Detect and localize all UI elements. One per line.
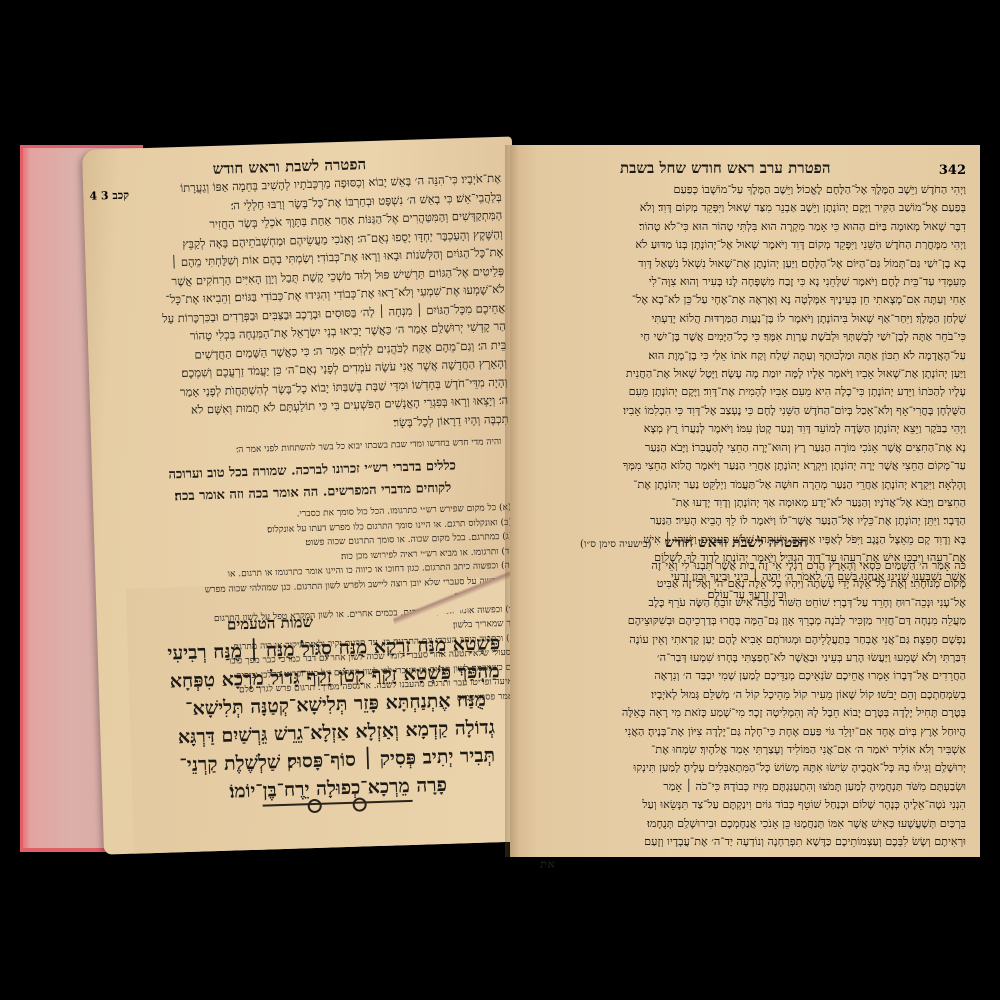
text-line: אַשְׁבִּיר וְלֹא אוֹלִיד יֹאמַר ה׳ אִם־א… xyxy=(528,741,966,759)
text-line: דִּבַּרְתִּי וְלֹא שָׁמֵעוּ וַיַּעֲשׂוּ … xyxy=(528,649,966,667)
book-gutter xyxy=(505,145,519,857)
text-line: מָקוֹם מְנוּחָתִי׃ וְאֶת־כָּל־אֵלֶּה יָד… xyxy=(528,575,966,593)
text-line: וּשְׂבַעְתֶּם מִשֹּׁד תַּנְחֻמֶיהָ לְמַע… xyxy=(528,778,966,796)
text-line: נַפְשָׁם חָפֵצָה׃ גַּם־אֲנִי אֶבְחַר בְּ… xyxy=(528,631,966,649)
text-line: בְּטֶרֶם תָּחִיל יָלָדָה בְּטֶרֶם יָבוֹא… xyxy=(528,704,966,722)
right-running-head: הפטרת ערב ראש חודש שחל בשבת xyxy=(620,159,830,178)
text-line: הַחִצִּים וַיָּבֹא אֶל־אֲדֹנָיו׃ וְהַנַּ… xyxy=(528,494,966,512)
taamim-list: פַּשְׁטָא מֻנַּח זַרְקָא מֻנַּח סֶגּוֹל … xyxy=(147,629,524,809)
section-title: הפטרה לשבת וראש חודש (בישעיה סימן ס״ו) xyxy=(580,535,808,552)
text-line: וָהָלְאָה׃ וַיִּקְרָא יְהוֹנָתָן אַחֲרֵי… xyxy=(528,476,966,494)
text-line: הַדָּבָר׃ וַיִּתֵּן יְהוֹנָתָן אֶת־כֵּלָ… xyxy=(528,512,966,530)
text-line: הַשֻּׁלְחָן בָּחֳרִי־אָף וְלֹא־אָכַל בְּ… xyxy=(528,402,966,420)
text-line: מַעֲלֵה מִנְחָה דַּם־חֲזִיר מַזְכִּיר לְ… xyxy=(528,612,966,630)
text-line: כֹּה אָמַר ה׳ הַשָּׁמַיִם כִּסְאִי וְהָא… xyxy=(528,557,966,575)
text-line: וּרְאִיתֶם וְשָׂשׂ לִבְּכֶם וְעַצְמוֹתֵי… xyxy=(528,833,966,851)
section-title-text: הפטרה לשבת וראש חודש xyxy=(664,535,807,551)
text-line: וַיְהִי הַחֹדֶשׁ וַיֵּשֶׁב הַמֶּלֶךְ אֶל… xyxy=(528,181,966,199)
taamim-title: שמות הטעמים xyxy=(227,613,314,635)
text-line: יְרוּשָׁלִַם וְגִילוּ בָהּ כָּל־אֹהֲבֶיה… xyxy=(528,759,966,777)
text-line: עַל־הָאֲדָמָה לֹא תִכּוֹן אַתָּה וּמַלְכ… xyxy=(528,347,966,365)
text-line: דִבֶּר שָׁאוּל מְאוּמָה בַּיּוֹם הַהוּא … xyxy=(528,218,966,236)
page-number: 342 xyxy=(939,163,966,178)
section-reference: (בישעיה סימן ס״ו) xyxy=(580,539,652,550)
text-line: עָלָיו לְהַכֹּתוֹ וַיֵּדַע יְהוֹנָתָן כִ… xyxy=(528,383,966,401)
catchword: את xyxy=(540,857,555,872)
left-page: הפטרה לשבת וראש חודש קכב 3 4 אֶת־אֹיְבָי… xyxy=(82,136,534,854)
text-line: וַיְהִי מִמָּחֳרַת הַחֹדֶשׁ הַשֵּׁנִי וַ… xyxy=(528,236,966,254)
text-line: וַיְהִי בַבֹּקֶר וַיֵּצֵא יְהוֹנָתָן הַש… xyxy=(528,420,966,438)
text-line: אָחִי וְעַתָּה אִם־מָצָאתִי חֵן בְּעֵינֶ… xyxy=(528,291,966,309)
text-line: בְשִׂמְחַתְכֶם וְהֵם יֵבֹשׁוּ׃ קוֹל שָׁא… xyxy=(528,686,966,704)
text-line: בְּפַעַם אֶל־מוֹשַׁב הַקִּיר וַיָּקָם יְ… xyxy=(528,199,966,217)
text-line: וַיַּעַן יְהוֹנָתָן אֶת־שָׁאוּל אָבִיו ו… xyxy=(528,365,966,383)
text-line: הַחֲרֵדִים אֶל־דְּבָרוֹ אָמְרוּ אֲחֵיכֶם… xyxy=(528,667,966,685)
left-body-text: אֶת־אֹיְבָיו׃ כִּי־הִנֵּה ה׳ בָּאֵשׁ יָב… xyxy=(95,169,509,441)
right-page: 342 הפטרת ערב ראש חודש שחל בשבת וַיְהִי … xyxy=(510,145,980,857)
text-line: הִנְנִי נֹטֶה־אֵלֶיהָ כְּנָהָר שָׁלוֹם ו… xyxy=(528,796,966,814)
text-line: שֻׁלְחַן הַמֶּלֶךְ׃ וַיִּחַר־אַף שָׁאוּל… xyxy=(528,310,966,328)
text-line: אֶל־עָנִי וּנְכֵה־רוּחַ וְחָרֵד עַל־דְּב… xyxy=(528,594,966,612)
haftarah-text: כֹּה אָמַר ה׳ הַשָּׁמַיִם כִּסְאִי וְהָא… xyxy=(528,557,966,852)
text-line: כִּי־בֹחֵר אַתָּה לְבֶן־יִשַׁי לְבָשְׁתְ… xyxy=(528,328,966,346)
text-line: הֲיוּחַל אֶרֶץ בְּיוֹם אֶחָד אִם־יִוָּלֵ… xyxy=(528,723,966,741)
text-line: מֵעִמָּדִי עַד־בֵּית לָחֶם׃ וַיֹּאמֶר שַ… xyxy=(528,273,966,291)
text-line: בִּרְכַּיִם תְּשָׁעֳשָׁעוּ׃ כְּאִישׁ אֲש… xyxy=(528,815,966,833)
text-line: בָא בֶן־יִשַׁי גַּם־תְּמוֹל גַּם־הַיּוֹם… xyxy=(528,255,966,273)
text-line: עַד־מְקוֹם הַחֵצִי אֲשֶׁר יָרָה יְהוֹנָת… xyxy=(528,457,966,475)
text-line: נָא אֶת־הַחִצִּים אֲשֶׁר אָנֹכִי מוֹרֶה … xyxy=(528,439,966,457)
